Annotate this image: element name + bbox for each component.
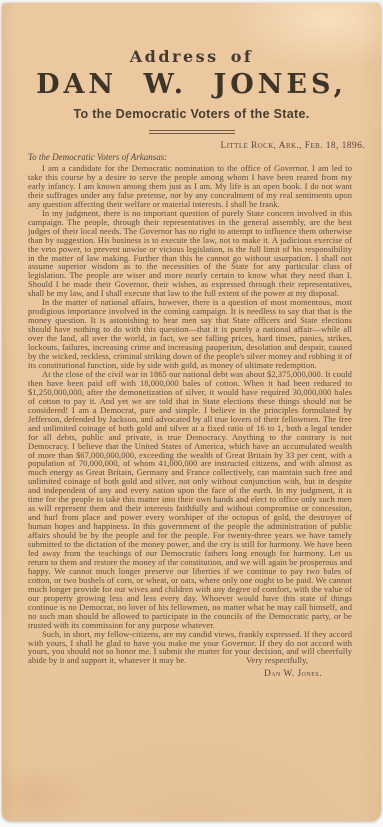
- document-title: DAN W. JONES,: [2, 69, 381, 100]
- paragraph: I am a candidate for the Democratic nomi…: [28, 164, 352, 209]
- document-header: Address of DAN W. JONES, To the Democrat…: [2, 47, 381, 134]
- divider-rule: [149, 130, 235, 134]
- signature: Dan W. Jones.: [28, 668, 352, 678]
- paragraph: In my judgment, there is no important qu…: [28, 209, 352, 299]
- paragraph: In the matter of national affairs, howev…: [28, 298, 352, 370]
- dateline: Little Rock, Ark., Feb. 18, 1896.: [2, 141, 381, 151]
- body-text: I am a candidate for the Democratic nomi…: [2, 164, 381, 665]
- document-subtitle: To the Democratic Voters of the State.: [2, 107, 381, 121]
- paragraph: At the close of the civil war in 1865 ou…: [28, 370, 352, 630]
- salutation: To the Democratic Voters of Arkansas:: [2, 152, 381, 162]
- scan-background: Address of DAN W. JONES, To the Democrat…: [0, 0, 383, 827]
- document-paper: Address of DAN W. JONES, To the Democrat…: [2, 3, 381, 821]
- pretitle: Address of: [2, 47, 381, 66]
